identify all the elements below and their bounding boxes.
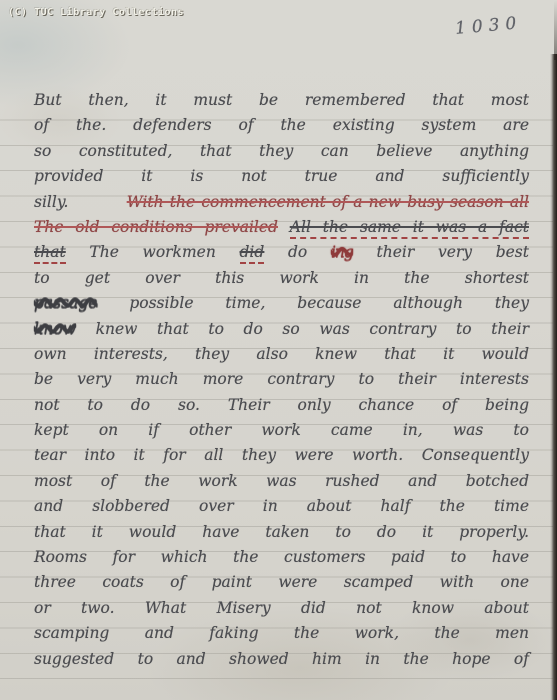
handwritten-text: so constituted, that they can believe an… [34, 142, 529, 160]
handwritten-text: possible time, because although they [129, 294, 529, 312]
struck-out-text: know [34, 320, 76, 338]
manuscript-line: of the. defenders of the existing system… [34, 113, 529, 138]
struck-out-text: passage [34, 294, 97, 312]
manuscript-line: that The workmen did do ing their very b… [34, 240, 529, 265]
handwritten-text: The workmen [89, 243, 215, 261]
manuscript-line: not to do so. Their only chance of being [34, 393, 529, 418]
handwritten-text: silly. [34, 193, 68, 211]
handwritten-text: do [288, 243, 307, 261]
manuscript-line: The old conditions prevailed All the sam… [34, 215, 529, 240]
page-number: 1030 [454, 13, 523, 39]
handwritten-text: their very best [377, 243, 529, 261]
manuscript-line: most of the work was rushed and botched [34, 469, 529, 494]
handwritten-text: of the. defenders of the existing system… [34, 116, 529, 134]
handwritten-text: to get over this work in the shortest [34, 269, 529, 287]
manuscript-text: But then, it must be remembered that mos… [34, 88, 529, 672]
manuscript-line: that it would have taken to do it proper… [34, 520, 529, 545]
handwritten-text: scamping and faking the work, the men [34, 624, 529, 642]
manuscript-line: be very much more contrary to their inte… [34, 367, 529, 392]
handwritten-text: provided it is not true and sufficiently [34, 167, 529, 185]
struck-out-text: All the same it was a fact [290, 218, 529, 239]
red-ink-scribble: ing [331, 243, 353, 261]
handwritten-text: and slobbered over in about half the tim… [34, 497, 529, 515]
handwritten-text: kept on if other work came in, was to [34, 421, 529, 439]
manuscript-page: (C) TUC Library Collections 1030 But the… [0, 0, 557, 700]
struck-out-text: that [34, 243, 66, 264]
handwritten-text: tear into it for all they were worth. Co… [34, 446, 529, 464]
manuscript-line: own interests, they also knew that it wo… [34, 342, 529, 367]
struck-out-text: did [240, 243, 265, 264]
handwritten-text: not to do so. Their only chance of being [34, 396, 529, 414]
watermark: (C) TUC Library Collections [8, 7, 184, 18]
manuscript-line: provided it is not true and sufficiently [34, 164, 529, 189]
handwritten-text: three coats of paint were scamped with o… [34, 573, 529, 591]
handwritten-text: But then, it must be remembered that mos… [34, 91, 529, 109]
handwritten-text: or two. What Misery did not know about [34, 599, 529, 617]
handwritten-text: be very much more contrary to their inte… [34, 370, 529, 388]
manuscript-line: silly. With the commencement of a new bu… [34, 190, 529, 215]
handwritten-text: suggested to and showed him in the hope … [34, 650, 529, 668]
handwritten-text: knew that to do so was contrary to their [96, 320, 529, 338]
manuscript-line: Rooms for which the customers paid to ha… [34, 545, 529, 570]
handwritten-text: own interests, they also knew that it wo… [34, 345, 529, 363]
red-ink-deleted-text: With the commencement of a new busy seas… [127, 193, 529, 211]
manuscript-line: so constituted, that they can believe an… [34, 139, 529, 164]
manuscript-line: or two. What Misery did not know about [34, 596, 529, 621]
manuscript-line: But then, it must be remembered that mos… [34, 88, 529, 113]
handwritten-text: that it would have taken to do it proper… [34, 523, 529, 541]
handwritten-text: most of the work was rushed and botched [34, 472, 529, 490]
manuscript-line: scamping and faking the work, the men [34, 621, 529, 646]
red-ink-deleted-text: The old conditions prevailed [34, 218, 278, 236]
handwritten-text: Rooms for which the customers paid to ha… [34, 548, 529, 566]
manuscript-line: and slobbered over in about half the tim… [34, 494, 529, 519]
manuscript-line: know knew that to do so was contrary to … [34, 317, 529, 342]
manuscript-line: passage possible time, because although … [34, 291, 529, 316]
photo-edge [550, 54, 557, 700]
manuscript-line: three coats of paint were scamped with o… [34, 570, 529, 595]
manuscript-line: suggested to and showed him in the hope … [34, 647, 529, 672]
manuscript-line: tear into it for all they were worth. Co… [34, 443, 529, 468]
manuscript-line: kept on if other work came in, was to [34, 418, 529, 443]
manuscript-line: to get over this work in the shortest [34, 266, 529, 291]
